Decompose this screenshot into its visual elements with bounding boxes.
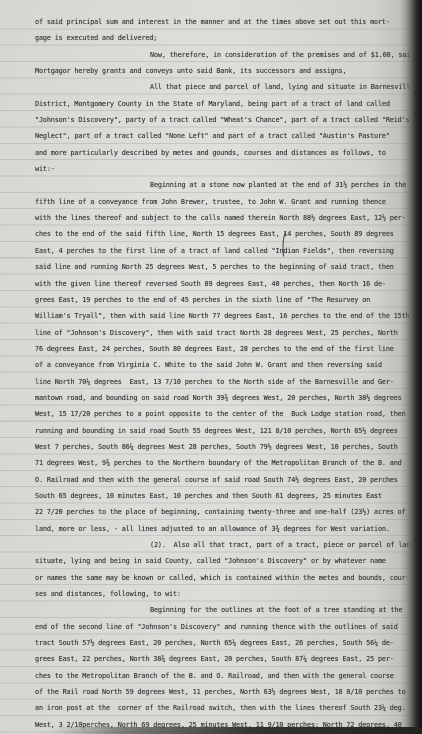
document-line: 76 degrees East, 24 perches, South 80 de… bbox=[35, 341, 407, 357]
document-line: 22 7/20 perches to the place of beginnin… bbox=[35, 504, 407, 520]
document-line: and more particularly described by metes… bbox=[35, 145, 407, 161]
book-edge-bottom bbox=[0, 727, 422, 734]
document-line: East, 4 perches to the first line of a t… bbox=[35, 243, 407, 259]
document-line: with the given line thereof reversed Sou… bbox=[35, 276, 407, 292]
document-line: ches to the Metropolitan Branch of the B… bbox=[35, 668, 407, 684]
document-text: of said principal sum and interest in th… bbox=[35, 14, 407, 733]
document-line: ches to the end of the said fifth line, … bbox=[35, 226, 407, 242]
document-line: land, more or less, - all lines adjusted… bbox=[35, 521, 407, 537]
scanned-deed-page: of said principal sum and interest in th… bbox=[0, 0, 422, 734]
document-line: Mortgagor hereby grants and conveys unto… bbox=[35, 63, 407, 79]
document-line: (2). Also all that tract, part of a trac… bbox=[35, 537, 407, 553]
document-line: situate, lying and being in said County,… bbox=[35, 553, 407, 569]
document-line: wit:- bbox=[35, 161, 407, 177]
document-line: "Johnson's Discovery", party of a tract … bbox=[35, 112, 407, 128]
document-line: 71 degrees West, 9¾ perches to the North… bbox=[35, 455, 407, 471]
document-line: of said principal sum and interest in th… bbox=[35, 14, 407, 30]
document-line: South 65 degrees, 10 minutes East, 10 pe… bbox=[35, 488, 407, 504]
document-line: All that piece and parcel of land, lying… bbox=[35, 79, 407, 95]
document-line: O. Railroad and then with the general co… bbox=[35, 472, 407, 488]
document-line: fifth line of a conveyance from John Bre… bbox=[35, 194, 407, 210]
document-line: running and bounding in said road South … bbox=[35, 423, 407, 439]
document-line: William's Tryall", then with said line N… bbox=[35, 308, 407, 324]
document-line: gage is executed and delivered; bbox=[35, 30, 407, 46]
document-line: Beginning for the outlines at the foot o… bbox=[35, 602, 407, 618]
document-line: Neglect", part of a tract called "None L… bbox=[35, 128, 407, 144]
document-line: of a conveyance from Virginia C. White t… bbox=[35, 357, 407, 373]
document-line: with the lines thereof and subject to th… bbox=[35, 210, 407, 226]
stray-ink-mark bbox=[276, 232, 290, 258]
document-line: tract South 57½ degrees East, 20 perches… bbox=[35, 635, 407, 651]
document-line: West, 15 17/20 perches to a point opposi… bbox=[35, 406, 407, 422]
document-line: line of "Johnson's Discovery", then with… bbox=[35, 325, 407, 341]
document-line: of the Rail road North 59 degrees West, … bbox=[35, 684, 407, 700]
document-line: West 7 perches, South 86¼ degrees West 2… bbox=[35, 439, 407, 455]
document-line: District, Montgomery County in the State… bbox=[35, 96, 407, 112]
document-line: end of the second line of "Johnson's Dis… bbox=[35, 619, 407, 635]
document-line: line North 70¼ degrees East, 13 7/10 per… bbox=[35, 374, 407, 390]
book-edge-right bbox=[400, 0, 422, 734]
document-line: said line and running North 25 degrees W… bbox=[35, 259, 407, 275]
document-line: Beginning at a stone now planted at the … bbox=[35, 177, 407, 193]
document-line: or names the same may be known or called… bbox=[35, 570, 407, 586]
document-line: an iron post at the corner of the Railro… bbox=[35, 700, 407, 716]
document-line: Now, therefore, in consideration of the … bbox=[35, 47, 407, 63]
document-line: mantown road, and bounding on said road … bbox=[35, 390, 407, 406]
document-line: ses and distances, following, to wit: bbox=[35, 586, 407, 602]
document-line: grees East, 19 perches to the end of 45 … bbox=[35, 292, 407, 308]
document-line: grees East, 22 perches, North 38¾ degree… bbox=[35, 651, 407, 667]
